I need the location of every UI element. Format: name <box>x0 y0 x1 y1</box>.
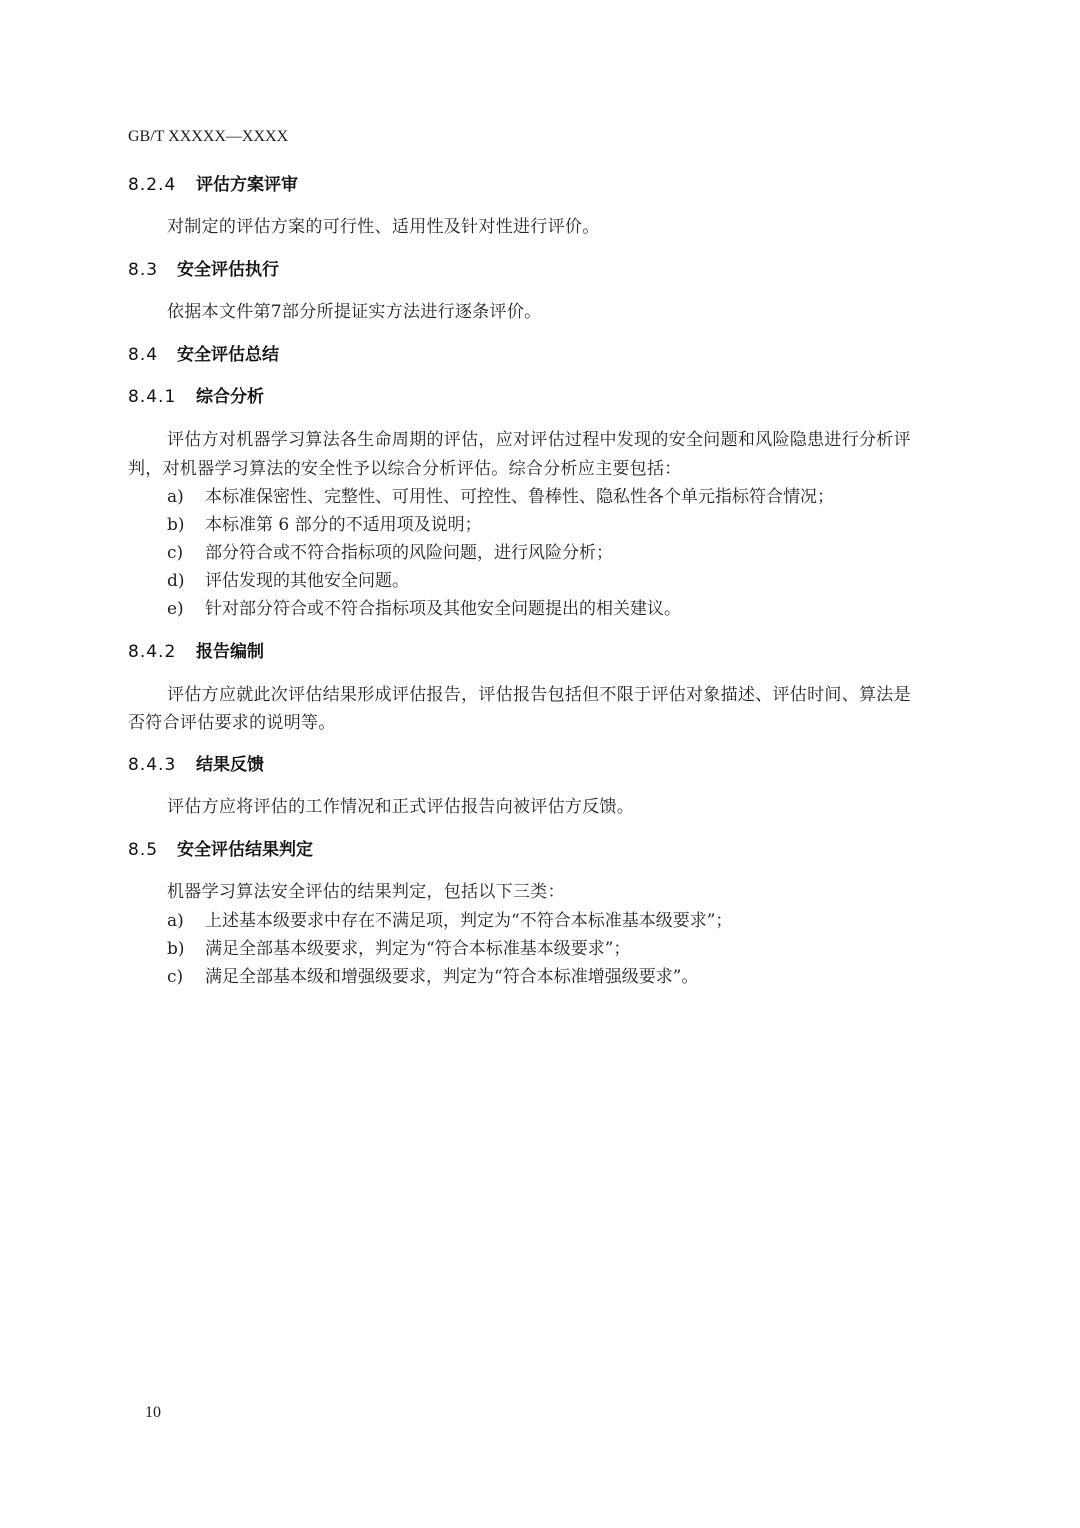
section-body-8-2-4: 对制定的评估方案的可行性、适用性及针对性进行评价。 <box>167 212 600 237</box>
list-text: 满足全部基本级要求，判定为“符合本标准基本级要求”； <box>205 939 630 959</box>
section-heading-8-4-3: 8.4.3结果反馈 <box>128 750 264 775</box>
section-body-8-5: 机器学习算法安全评估的结果判定，包括以下三类： <box>167 877 565 902</box>
list-text: 本标准第 6 部分的不适用项及说明； <box>205 515 482 535</box>
section-number: 8.2.4 <box>128 175 196 195</box>
section-body-8-4-1-line-2: 判，对机器学习算法的安全性予以综合分析评估。综合分析应主要包括： <box>128 454 682 479</box>
list-text: 满足全部基本级和增强级要求，判定为“符合本标准增强级要求”。 <box>205 967 698 987</box>
section-title: 安全评估执行 <box>177 260 279 280</box>
list-item: b)满足全部基本级要求，判定为“符合本标准基本级要求”； <box>167 934 630 959</box>
list-item: c)部分符合或不符合指标项的风险问题，进行风险分析； <box>167 538 613 563</box>
section-body-8-4-1-line-1: 评估方对机器学习算法各生命周期的评估，应对评估过程中发现的安全问题和风险隐患进行… <box>167 425 911 450</box>
section-number: 8.5 <box>128 840 177 860</box>
list-marker: a) <box>167 487 205 507</box>
list-marker: b) <box>167 515 205 535</box>
list-item: a)上述基本级要求中存在不满足项，判定为“不符合本标准基本级要求”； <box>167 906 732 931</box>
list-item: d)评估发现的其他安全问题。 <box>167 566 409 591</box>
list-marker: d) <box>167 571 205 591</box>
section-heading-8-4-1: 8.4.1综合分析 <box>128 382 264 407</box>
list-item: c)满足全部基本级和增强级要求，判定为“符合本标准增强级要求”。 <box>167 962 698 987</box>
list-marker: b) <box>167 939 205 959</box>
section-number: 8.4.1 <box>128 387 196 407</box>
section-body-8-4-2-line-2: 否符合评估要求的说明等。 <box>128 708 336 733</box>
section-heading-8-4-2: 8.4.2报告编制 <box>128 637 264 662</box>
section-number: 8.3 <box>128 260 177 280</box>
list-item: a)本标准保密性、完整性、可用性、可控性、鲁棒性、隐私性各个单元指标符合情况； <box>167 482 834 507</box>
section-title: 结果反馈 <box>196 755 264 775</box>
list-item: e)针对部分符合或不符合指标项及其他安全问题提出的相关建议。 <box>167 594 681 619</box>
section-title: 报告编制 <box>196 642 264 662</box>
section-body-8-4-2-line-1: 评估方应就此次评估结果形成评估报告，评估报告包括但不限于评估对象描述、评估时间、… <box>167 680 911 705</box>
section-body-8-4-3: 评估方应将评估的工作情况和正式评估报告向被评估方反馈。 <box>167 792 634 817</box>
list-text: 上述基本级要求中存在不满足项，判定为“不符合本标准基本级要求”； <box>205 911 732 931</box>
list-marker: a) <box>167 911 205 931</box>
section-title: 评估方案评审 <box>196 175 298 195</box>
list-marker: e) <box>167 599 205 619</box>
list-text: 针对部分符合或不符合指标项及其他安全问题提出的相关建议。 <box>205 599 681 619</box>
list-text: 本标准保密性、完整性、可用性、可控性、鲁棒性、隐私性各个单元指标符合情况； <box>205 487 834 507</box>
list-text: 评估发现的其他安全问题。 <box>205 571 409 591</box>
standard-code-header: GB/T XXXXX—XXXX <box>128 128 288 146</box>
list-item: b)本标准第 6 部分的不适用项及说明； <box>167 510 482 535</box>
list-text: 部分符合或不符合指标项的风险问题，进行风险分析； <box>205 543 613 563</box>
list-marker: c) <box>167 967 205 987</box>
section-heading-8-5: 8.5安全评估结果判定 <box>128 835 313 860</box>
section-number: 8.4.3 <box>128 755 196 775</box>
section-heading-8-4: 8.4安全评估总结 <box>128 340 279 365</box>
section-number: 8.4 <box>128 345 177 365</box>
page-number: 10 <box>145 1404 161 1422</box>
section-title: 安全评估结果判定 <box>177 840 313 860</box>
document-page: GB/T XXXXX—XXXX 8.2.4评估方案评审 对制定的评估方案的可行性… <box>0 0 1080 1528</box>
section-number: 8.4.2 <box>128 642 196 662</box>
section-body-8-3: 依据本文件第7部分所提证实方法进行逐条评价。 <box>167 297 541 322</box>
section-heading-8-3: 8.3安全评估执行 <box>128 255 279 280</box>
section-title: 综合分析 <box>196 387 264 407</box>
section-title: 安全评估总结 <box>177 345 279 365</box>
list-marker: c) <box>167 543 205 563</box>
section-heading-8-2-4: 8.2.4评估方案评审 <box>128 170 298 195</box>
